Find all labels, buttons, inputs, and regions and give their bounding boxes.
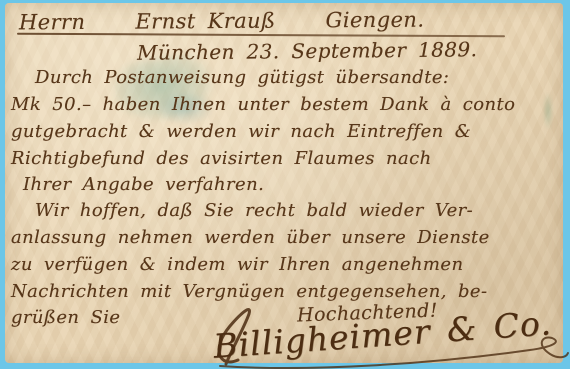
body-line: Wir hoffen, daß Sie recht bald wieder Ve… bbox=[35, 200, 473, 221]
scan-background: Herrn Ernst Krauß Giengen. München 23. S… bbox=[0, 0, 570, 369]
dateline: München 23. September 1889. bbox=[137, 37, 478, 65]
header-underline bbox=[17, 33, 505, 38]
body-line: Durch Postanweisung gütigst übersandte: bbox=[35, 67, 449, 88]
body-line: Nachrichten mit Vergnügen entgegensehen,… bbox=[11, 281, 487, 302]
body-line: Richtigbefund des avisirten Flaumes nach bbox=[11, 148, 432, 169]
recipient-place: Giengen. bbox=[326, 8, 425, 33]
body-line: Mk 50.– haben Ihnen unter bestem Dank à … bbox=[11, 94, 515, 115]
address-header: Herrn Ernst Krauß Giengen. bbox=[19, 8, 425, 35]
postcard: Herrn Ernst Krauß Giengen. München 23. S… bbox=[5, 3, 563, 363]
body-line: Ihrer Angabe verfahren. bbox=[23, 174, 264, 195]
recipient-prefix: Herrn bbox=[19, 10, 86, 34]
body-line: zu verfügen & indem wir Ihren angenehmen bbox=[11, 254, 463, 275]
edge-ink-stain bbox=[543, 91, 553, 131]
body-line: anlassung nehmen werden über unsere Dien… bbox=[11, 227, 490, 248]
closing-salutation: grüßen Sie bbox=[11, 307, 120, 328]
recipient-name: Ernst Krauß bbox=[135, 9, 275, 34]
body-line: gutgebracht & werden wir nach Eintreffen… bbox=[11, 121, 471, 142]
